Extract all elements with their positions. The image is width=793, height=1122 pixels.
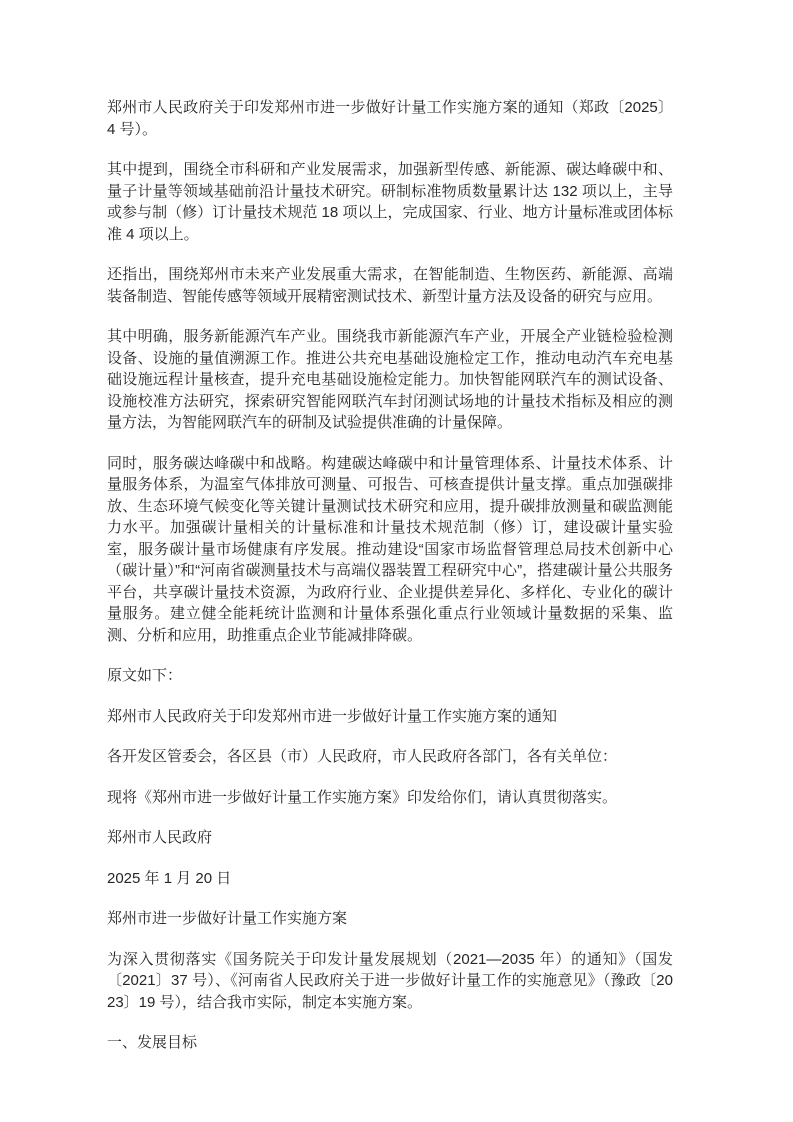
document-page: 郑州市人民政府关于印发郑州市进一步做好计量工作实施方案的通知（郑政〔2025〕4… [0,0,793,1122]
summary-paragraph-industry: 还指出，围绕郑州市未来产业发展重大需求，在智能制造、生物医药、新能源、高端装备制… [107,264,673,307]
salutation-line: 各开发区管委会，各区县（市）人民政府，市人民政府各部门，各有关单位： [107,746,673,768]
preamble-paragraph: 为深入贯彻落实《国务院关于印发计量发展规划（2021—2035 年）的通知》（国… [107,949,673,1014]
summary-paragraph-research: 其中提到，围绕全市科研和产业发展需求，加强新型传感、新能源、碳达峰碳中和、量子计… [107,159,673,245]
notice-headline: 郑州市人民政府关于印发郑州市进一步做好计量工作实施方案的通知（郑政〔2025〕4… [107,97,673,140]
section-heading-goals: 一、发展目标 [107,1032,673,1054]
summary-paragraph-nev: 其中明确，服务新能源汽车产业。围绕我市新能源汽车产业，开展全产业链检验检测设备、… [107,326,673,434]
original-text-label: 原文如下： [107,665,673,687]
issuer-line: 郑州市人民政府 [107,827,673,849]
article-body: 郑州市人民政府关于印发郑州市进一步做好计量工作实施方案的通知（郑政〔2025〕4… [107,97,673,1054]
date-line: 2025 年 1 月 20 日 [107,868,673,890]
plan-title-line: 郑州市进一步做好计量工作实施方案 [107,908,673,930]
summary-paragraph-carbon: 同时，服务碳达峰碳中和战略。构建碳达峰碳中和计量管理体系、计量技术体系、计量服务… [107,453,673,647]
notice-title-line: 郑州市人民政府关于印发郑州市进一步做好计量工作实施方案的通知 [107,706,673,728]
forwarding-line: 现将《郑州市进一步做好计量工作实施方案》印发给你们，请认真贯彻落实。 [107,787,673,809]
